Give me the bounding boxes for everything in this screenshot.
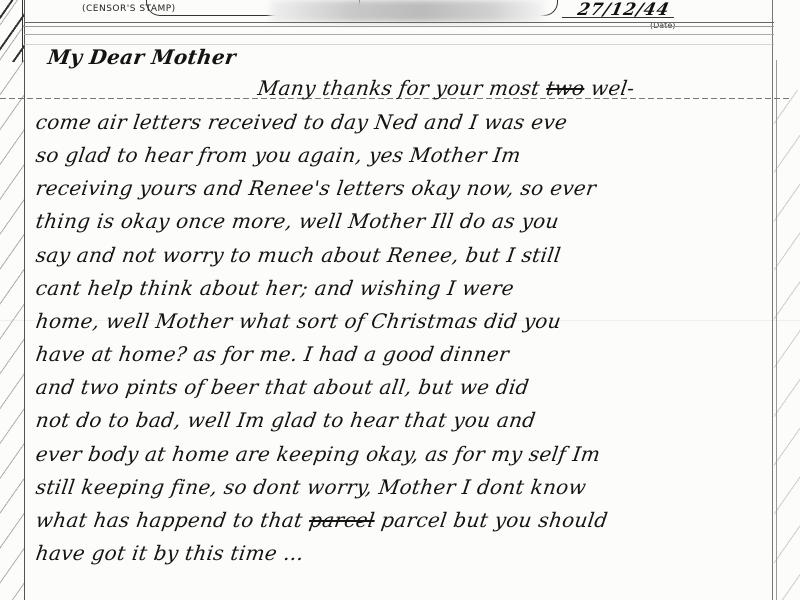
letter-line: ever body at home are keeping okay, as f…: [34, 442, 602, 466]
letter-line: what has happend to that parcel parcel b…: [34, 508, 609, 532]
left-border-line-inner: [22, 0, 23, 62]
letter-line: still keeping fine, so dont worry, Mothe…: [34, 475, 588, 499]
censor-stamp-label: (CENSOR'S STAMP): [82, 4, 176, 14]
letter-line: say and not worry to much about Renee, b…: [34, 243, 562, 267]
left-border-line: [24, 0, 25, 600]
salutation: My Dear Mother: [46, 45, 237, 69]
header-rule: [24, 34, 774, 35]
letter-line: so glad to hear from you again, yes Moth…: [34, 143, 522, 167]
left-hatched-margin: [0, 0, 24, 600]
letter-line: cant help think about her; and wishing I…: [34, 276, 515, 300]
right-border-line: [772, 0, 773, 600]
left-hatched-margin-header: [0, 0, 24, 62]
struck-word: parcel: [308, 508, 377, 532]
header-rule: [24, 22, 774, 23]
header-rule: [24, 26, 774, 27]
letter-line: not do to bad, well Im glad to hear that…: [34, 408, 537, 432]
letter-line: home, well Mother what sort of Christmas…: [34, 309, 562, 333]
redacted-address: [270, 0, 545, 22]
line-text-after: parcel but you should: [373, 508, 609, 532]
line-text-after: wel-: [583, 76, 636, 100]
line-text: Many thanks for your most: [256, 76, 548, 100]
letter-date: 27/12/44: [576, 0, 672, 20]
letter-line: Many thanks for your most two wel-: [256, 76, 636, 100]
struck-word: two: [545, 76, 586, 100]
letter-page: (CENSOR'S STAMP) 27/12/44 (Date) My Dear…: [0, 0, 800, 600]
letter-line: come air letters received to day Ned and…: [34, 110, 569, 134]
letter-line: thing is okay once more, well Mother Ill…: [34, 209, 560, 233]
letter-line: and two pints of beer that about all, bu…: [34, 375, 530, 399]
letter-line: have got it by this time ...: [34, 541, 305, 565]
right-hatched-margin: [774, 90, 800, 600]
right-border-line-outer: [776, 60, 777, 600]
letter-line: receiving yours and Renee's letters okay…: [34, 176, 597, 200]
letter-line: have at home? as for me. I had a good di…: [34, 342, 510, 366]
line-text: what has happend to that: [34, 508, 311, 532]
